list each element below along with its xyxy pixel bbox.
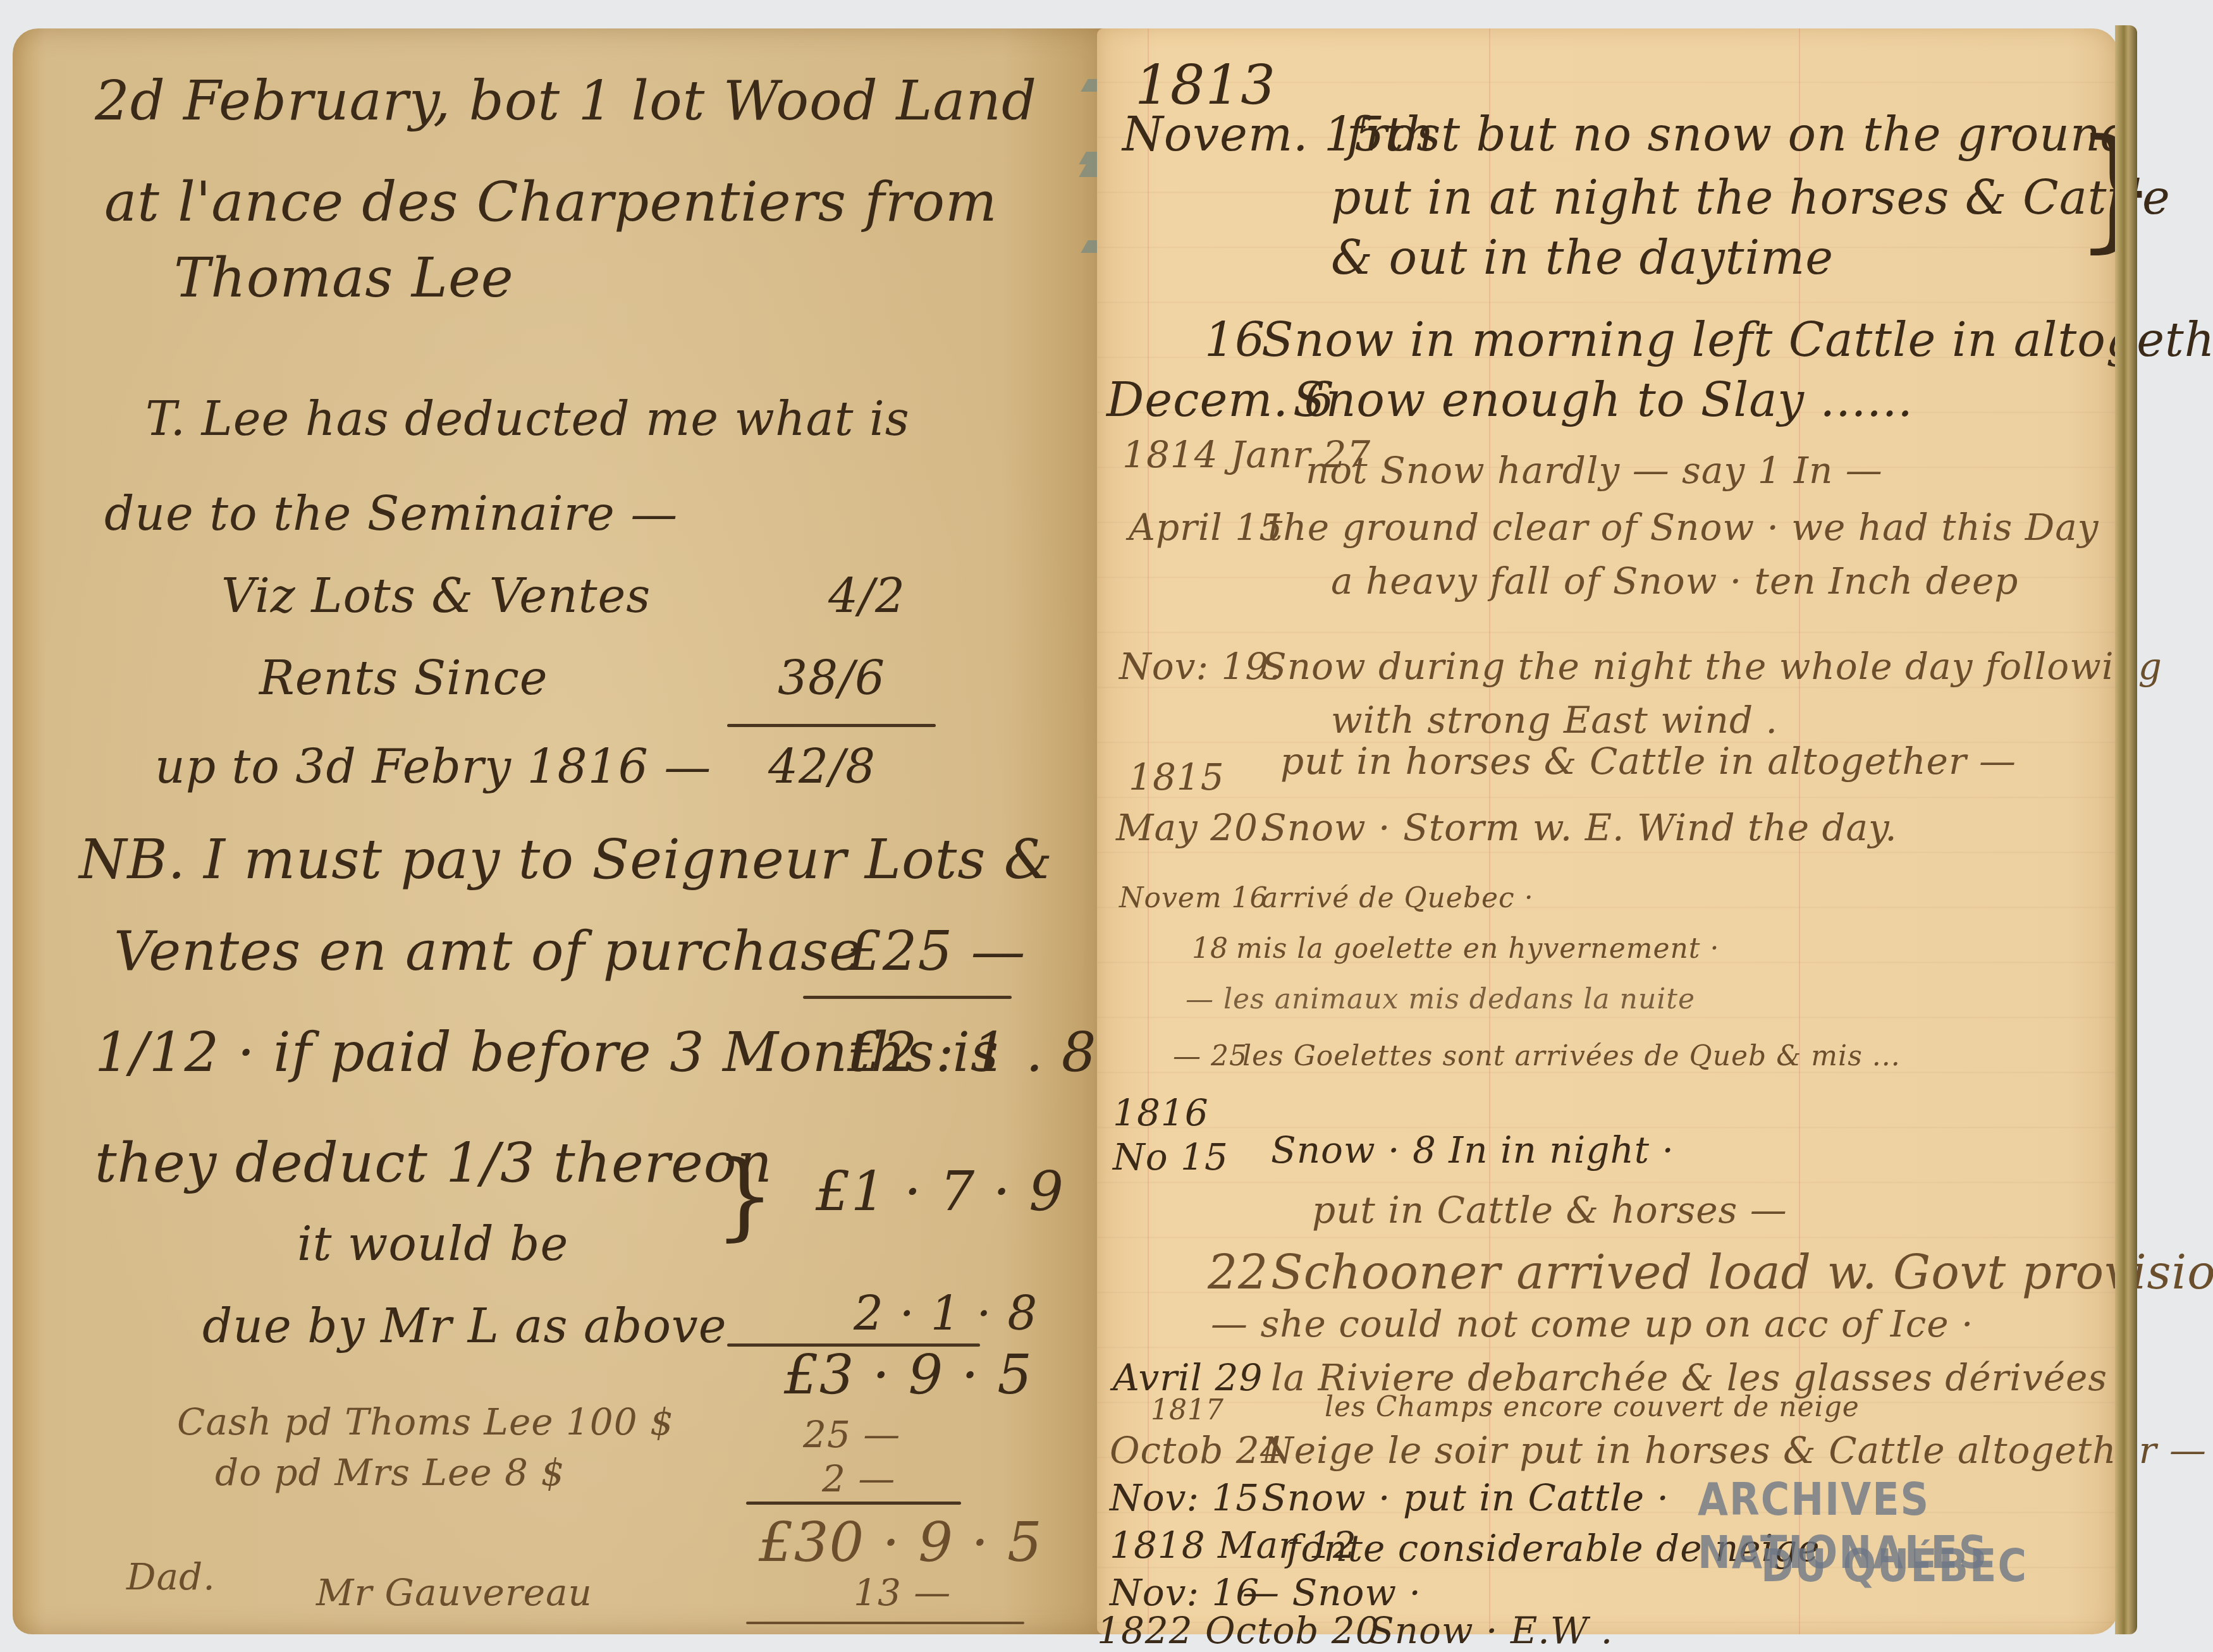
note-line-6-amount: 2 · 1 · 8 — [854, 1287, 1038, 1341]
ledger-label-1: Viz Lots & Ventes — [221, 569, 651, 623]
entry-date: 1815 — [1129, 756, 1225, 798]
entry-text: & out in the daytime — [1331, 231, 1834, 285]
heading-line-2: at l'ance des Charpentiers from — [104, 171, 998, 234]
note-line-2: Ventes en amt of purchase — [114, 920, 862, 983]
entry-date: April 15 — [1129, 506, 1283, 549]
ledger-amount-3: 42/8 — [768, 740, 876, 794]
entry-date: 18 — [1192, 933, 1229, 965]
entry-text: arrivé de Quebec · — [1261, 882, 1534, 914]
entry-text: put in horses & Cattle in altogether — — [1280, 740, 2016, 783]
footer-label: Dad. — [126, 1555, 216, 1598]
cash-label-1: Cash pd Thoms Lee 100 $ — [177, 1400, 674, 1443]
entry-date: 1817 — [1151, 1394, 1224, 1426]
brace-icon: } — [714, 1141, 775, 1251]
entry-date: Novem 16 — [1119, 882, 1268, 914]
right-page: 1813 Novem. 15th frost but no snow on th… — [1097, 28, 2118, 1634]
entry-text: Snow in morning left Cattle in altogethe… — [1261, 313, 2213, 367]
ledger-label-2: Rents Since — [259, 651, 548, 706]
entry-text: Schooner arrived load w. Govt provisions — [1271, 1245, 2213, 1300]
entry-date: 16 — [1205, 313, 1265, 367]
note-line-6: due by Mr L as above — [202, 1299, 727, 1354]
cash-amount-2: 2 — — [822, 1457, 895, 1500]
entry-text: — les animaux mis dedans la nuite — [1186, 983, 1695, 1015]
entry-date: Nov: 19. — [1119, 645, 1282, 688]
heading-line-1: 2d February, bot 1 lot Wood Land — [95, 70, 1037, 133]
entry-date: 22 — [1208, 1245, 1268, 1300]
entry-text: put in Cattle & horses — — [1312, 1189, 1787, 1232]
ledger-amount-2: 38/6 — [778, 651, 885, 706]
entry-date: 1816 No 15 — [1113, 1091, 1252, 1179]
brace-amount: £1 · 7 · 9 — [816, 1160, 1064, 1223]
archive-stamp-line-2: DU QUÉBEC — [1761, 1539, 2028, 1593]
subtotal-amount: £3 · 9 · 5 — [784, 1343, 1033, 1407]
heading-line-3: Thomas Lee — [174, 247, 514, 310]
note-line-4: they deduct 1/3 thereon — [95, 1132, 773, 1195]
entry-text: mis la goelette en hyvernement · — [1236, 933, 1719, 965]
entry-text: — she could not come up on acc of Ice · — [1211, 1302, 1973, 1345]
entry-text: Snow · Storm w. E. Wind the day. — [1261, 806, 1897, 849]
note-line-1: NB. I must pay to Seigneur Lots & — [79, 828, 1053, 891]
entry-text: Neige le soir put in horses & Cattle alt… — [1261, 1429, 2207, 1472]
entry-text: frost but no snow on the ground — [1347, 107, 2131, 162]
entry-text: Snow · E.W . — [1369, 1609, 1613, 1652]
paragraph-line-2: due to the Seminaire — — [104, 487, 678, 541]
entry-text: with strong East wind . — [1331, 699, 1778, 742]
entry-text: — Snow · — [1242, 1571, 1421, 1614]
entry-text: les Champs encore couvert de neige — [1325, 1391, 1860, 1423]
entry-date: Avril 29 — [1113, 1356, 1263, 1399]
page-edges — [2115, 25, 2137, 1634]
sum-rule-1 — [727, 724, 936, 727]
ledger-label-3: up to 3d Febry 1816 — — [155, 740, 711, 794]
total-note: 13 — — [854, 1571, 951, 1614]
note-line-3-amount: £2 : 1 . 8 — [847, 1021, 1097, 1084]
cash-amount-1: 25 — — [803, 1413, 900, 1456]
ledger-amount-1: 4/2 — [828, 569, 905, 623]
sum-rule-4 — [746, 1502, 961, 1505]
footer-name: Mr Gauvereau — [316, 1571, 592, 1614]
entry-text: not Snow hardly — say 1 In — — [1306, 449, 1883, 492]
entry-text: Snow enough to Slay ...... — [1293, 373, 1913, 427]
entry-text: the ground clear of Snow · we had this D… — [1268, 506, 2099, 549]
entry-date: — 25 — [1173, 1040, 1247, 1072]
sum-rule-2 — [803, 996, 1012, 999]
paragraph-line-1: T. Lee has deducted me what is — [145, 392, 910, 446]
entry-date: Octob 24 — [1110, 1429, 1284, 1472]
note-line-5: it would be — [297, 1217, 568, 1271]
entry-text: put in at night the horses & Cattle — [1331, 171, 2171, 225]
entry-text: Snow · 8 In in night · — [1271, 1129, 1674, 1172]
note-line-2-amount: £25 — — [847, 920, 1026, 983]
entry-text: Snow · put in Cattle · — [1261, 1476, 1669, 1519]
cash-label-2: do pd Mrs Lee 8 $ — [215, 1451, 565, 1494]
sum-rule-5 — [746, 1622, 1024, 1624]
entry-date: 1822 Octob 20 — [1097, 1609, 1380, 1652]
left-page: 2d February, bot 1 lot Wood Land at l'an… — [13, 28, 1113, 1634]
total-amount: £30 · 9 · 5 — [759, 1511, 1043, 1574]
entry-text: les Goelettes sont arrivées de Queb & mi… — [1242, 1040, 1901, 1072]
entry-date: Nov: 16 — [1110, 1571, 1260, 1614]
entry-date: May 20. — [1116, 806, 1270, 849]
entry-date: Nov: 15 — [1110, 1476, 1260, 1519]
entry-text: Snow during the night the whole day foll… — [1261, 645, 2162, 688]
entry-text: a heavy fall of Snow · ten Inch deep — [1331, 560, 2018, 603]
